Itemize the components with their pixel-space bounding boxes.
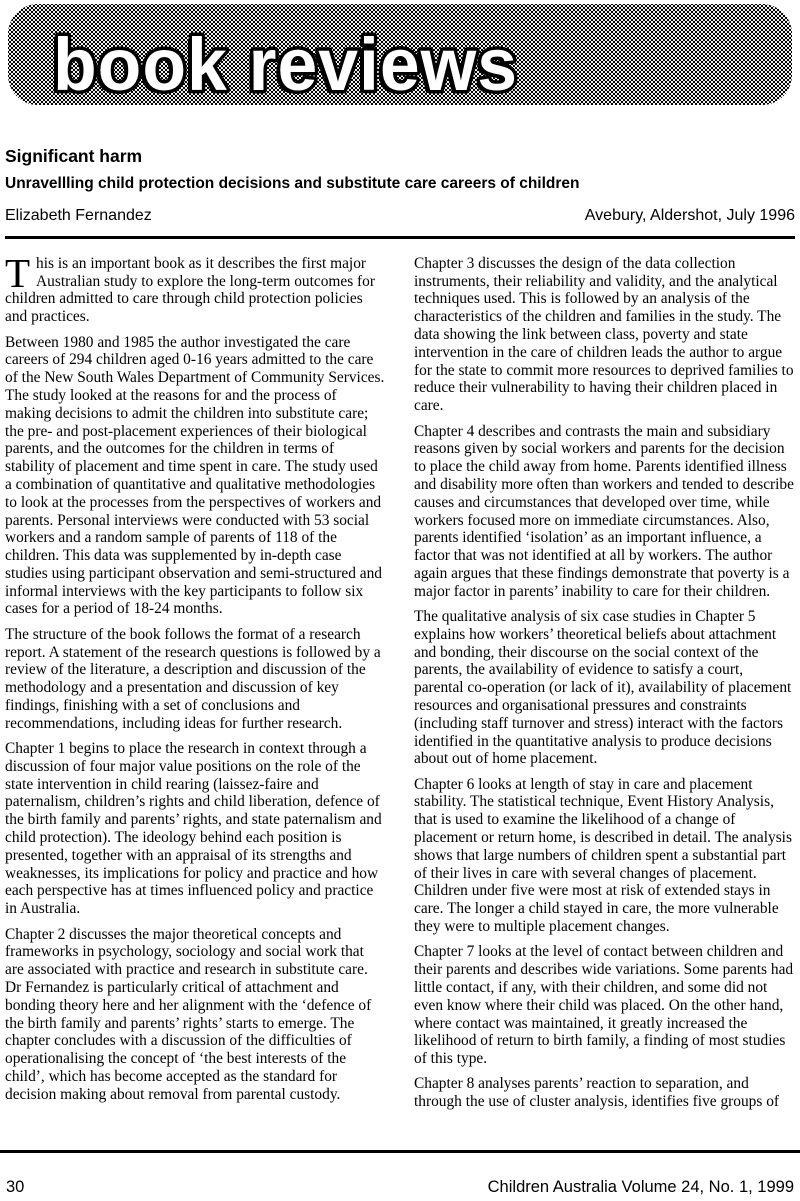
paragraph: The structure of the book follows the fo… (5, 626, 386, 733)
book-title: Significant harm (5, 147, 795, 166)
banner-title: book reviews (53, 23, 518, 105)
paragraph: Between 1980 and 1985 the author investi… (5, 334, 386, 619)
paragraph-intro: This is an important book as it describe… (5, 255, 386, 326)
right-column: Chapter 3 discusses the design of the da… (414, 255, 795, 1119)
paragraph: Chapter 3 discusses the design of the da… (414, 255, 795, 415)
paragraph: Chapter 6 looks at length of stay in car… (414, 776, 795, 936)
paragraph: Chapter 4 describes and contrasts the ma… (414, 423, 795, 601)
book-reviews-banner-art: book reviews book reviews (8, 4, 792, 105)
review-header: Significant harm Unravellling child prot… (5, 147, 795, 239)
paragraph: The qualitative analysis of six case stu… (414, 608, 795, 768)
paragraph: Chapter 7 looks at the level of contact … (414, 943, 795, 1068)
page: book reviews book reviews Significant ha… (0, 0, 800, 1201)
paragraph: Chapter 8 analyses parents’ reaction to … (414, 1075, 795, 1111)
paragraph: Chapter 1 begins to place the research i… (5, 740, 386, 918)
paragraph-intro-text: his is an important book as it describes… (5, 255, 375, 325)
page-number: 30 (6, 1178, 24, 1197)
footer-row: 30 Children Australia Volume 24, No. 1, … (0, 1178, 800, 1197)
paragraph: Chapter 2 discusses the major theoretica… (5, 926, 386, 1104)
footer-rule (0, 1150, 800, 1153)
reviewer-name: Elizabeth Fernandez (5, 207, 152, 225)
header-rule (5, 236, 795, 239)
drop-cap: T (5, 257, 30, 290)
byline: Elizabeth Fernandez Avebury, Aldershot, … (5, 207, 795, 225)
journal-citation: Children Australia Volume 24, No. 1, 199… (488, 1178, 794, 1197)
page-footer: 30 Children Australia Volume 24, No. 1, … (0, 1150, 800, 1197)
left-column: This is an important book as it describe… (5, 255, 386, 1119)
book-reviews-banner: book reviews book reviews (8, 4, 792, 105)
review-body: This is an important book as it describe… (5, 255, 795, 1119)
book-subtitle: Unravellling child protection decisions … (5, 175, 795, 194)
publisher-info: Avebury, Aldershot, July 1996 (585, 207, 795, 225)
